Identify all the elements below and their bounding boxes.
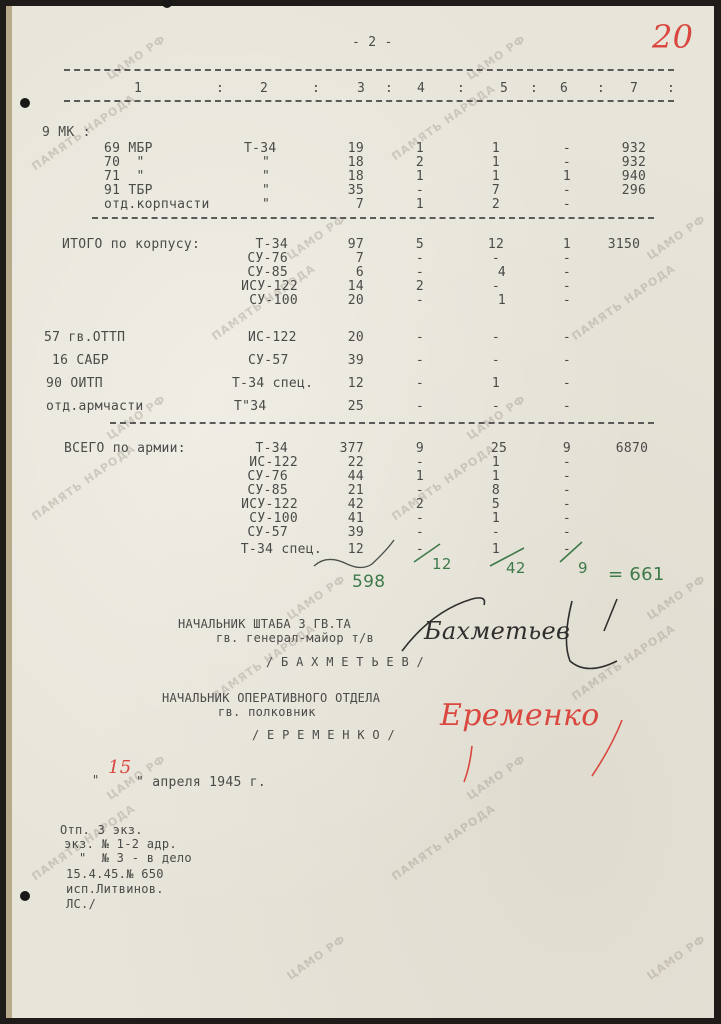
- vehicle-type: СУ-100: [212, 294, 298, 307]
- unit-name: 57 гв.ОТТП: [44, 331, 125, 344]
- vehicle-type: Т-34 спец.: [232, 377, 313, 390]
- column-header: 7: [630, 82, 638, 95]
- footer-note: ЛС./: [66, 898, 96, 911]
- unit-name: 69 МБР: [104, 142, 153, 155]
- vehicle-type: СУ-100: [212, 512, 298, 525]
- cell-col4: -: [410, 512, 430, 525]
- cell-col6: -: [557, 280, 577, 293]
- vehicle-type: СУ-57: [248, 354, 289, 367]
- unit-name: 16 САБР: [52, 354, 109, 367]
- cell-col3: 18: [332, 170, 364, 183]
- cell-col3: 22: [332, 456, 364, 469]
- cell-col6: -: [557, 400, 577, 413]
- watermark: ЦАМО РФ: [644, 212, 708, 262]
- page-number: - 2 -: [352, 36, 393, 49]
- cell-col5: -: [486, 354, 506, 367]
- cell-col4: 1: [410, 170, 430, 183]
- cell-col4: 1: [410, 470, 430, 483]
- cell-col4: -: [410, 354, 430, 367]
- watermark: ПАМЯТЬ НАРОДА: [389, 442, 497, 523]
- vehicle-type: СУ-76: [212, 470, 288, 483]
- watermark: ЦАМО РФ: [284, 932, 348, 982]
- unit-name: 70 ": [104, 156, 145, 169]
- vehicle-type: Т"34: [234, 400, 267, 413]
- cell-col6: -: [557, 456, 577, 469]
- column-separator: :: [597, 82, 605, 95]
- vehicle-type: Т-34: [244, 142, 277, 155]
- cell-col6: -: [557, 156, 577, 169]
- cell-col3: 7: [332, 252, 364, 265]
- cell-col7: 932: [617, 156, 651, 169]
- cell-col4: -: [410, 266, 430, 279]
- unit-name: отд.корпчасти: [104, 198, 210, 211]
- cell-col6: -: [557, 354, 577, 367]
- column-separator: :: [457, 82, 465, 95]
- cell-col6: -: [557, 331, 577, 344]
- cell-col5: 1: [486, 456, 506, 469]
- sheet-number-handwritten: 20: [652, 20, 693, 54]
- cell-col6: -: [557, 484, 577, 497]
- watermark: ПАМЯТЬ НАРОДА: [569, 262, 677, 343]
- vehicle-type: ": [262, 156, 270, 169]
- cell-col3: 14: [332, 280, 364, 293]
- footer-note: экз. № 1-2 адр.: [64, 838, 177, 851]
- unit-name: 90 ОИТП: [46, 377, 103, 390]
- cell-col3: 6: [332, 266, 364, 279]
- watermark: ПАМЯТЬ НАРОДА: [389, 802, 497, 883]
- cell-col6: -: [557, 142, 577, 155]
- cell-col6: -: [557, 498, 577, 511]
- cell-col3: 18: [332, 156, 364, 169]
- punch-hole: [20, 98, 30, 108]
- cell-col4: -: [410, 294, 430, 307]
- handwritten-sum-col5: 42: [506, 562, 526, 575]
- cell-col3: 20: [332, 331, 364, 344]
- cell-col5: -: [486, 331, 506, 344]
- cell-col4: -: [410, 484, 430, 497]
- vehicle-type: ": [262, 184, 270, 197]
- cell-col7: 932: [617, 142, 651, 155]
- date-day-handwritten: 15: [108, 758, 132, 778]
- vehicle-type: СУ-85: [212, 484, 288, 497]
- cell-col7: 3150: [602, 238, 646, 251]
- total-army-label: ВСЕГО по армии:: [64, 442, 186, 455]
- cell-col5: 1: [486, 156, 506, 169]
- cell-col5: 1: [486, 470, 506, 483]
- cell-col7: 296: [617, 184, 651, 197]
- vehicle-type: СУ-76: [212, 252, 288, 265]
- punch-hole: [20, 891, 30, 901]
- unit-name: 91 ТБР: [104, 184, 153, 197]
- cell-col5: -: [486, 252, 506, 265]
- signature-bakhmetyev: Бахметьев: [424, 618, 570, 644]
- cell-col6: -: [557, 377, 577, 390]
- vehicle-type: Т-34: [212, 442, 288, 455]
- watermark: ЦАМО РФ: [644, 932, 708, 982]
- cell-col3: 41: [332, 512, 364, 525]
- cell-col3: 42: [332, 498, 364, 511]
- vehicle-type: ИС-122: [248, 331, 297, 344]
- cell-col6: -: [557, 470, 577, 483]
- chief-operations-name: / Е Р Е М Е Н К О /: [252, 729, 395, 742]
- cell-col3: 21: [332, 484, 364, 497]
- cell-col4: 2: [410, 280, 430, 293]
- column-separator: :: [530, 82, 538, 95]
- column-header: 2: [260, 82, 268, 95]
- chief-of-staff-title: НАЧАЛЬНИК ШТАБА 3 ГВ.ТА: [178, 618, 351, 631]
- handwritten-sum-strokes: [302, 536, 622, 596]
- cell-col5: 1: [492, 294, 512, 307]
- cell-col5: 1: [486, 377, 506, 390]
- cell-col5: 25: [486, 442, 512, 455]
- column-header: 5: [500, 82, 508, 95]
- column-header: 1: [134, 82, 142, 95]
- cell-col3: 25: [332, 400, 364, 413]
- cell-col5: 4: [492, 266, 512, 279]
- cell-col4: 2: [410, 498, 430, 511]
- cell-col6: -: [557, 184, 577, 197]
- vehicle-type: ": [262, 198, 270, 211]
- vehicle-type: ": [262, 170, 270, 183]
- unit-name: отд.армчасти: [46, 400, 144, 413]
- signature-eremenko-tail: [442, 706, 642, 786]
- cell-col5: 12: [486, 238, 506, 251]
- cell-col5: 2: [486, 198, 506, 211]
- cell-col6: -: [557, 198, 577, 211]
- cell-col5: 5: [486, 498, 506, 511]
- unit-name: 71 ": [104, 170, 145, 183]
- cell-col4: 5: [410, 238, 430, 251]
- vehicle-type: СУ-57: [212, 526, 288, 539]
- cell-col4: 1: [410, 198, 430, 211]
- handwritten-grand-total: = 661: [608, 568, 665, 581]
- column-header: 3: [357, 82, 365, 95]
- date-quote: ": [92, 774, 100, 787]
- section-title: 9 МК :: [42, 126, 91, 139]
- cell-col4: -: [410, 252, 430, 265]
- cell-col4: -: [410, 377, 430, 390]
- column-separator: :: [216, 82, 224, 95]
- cell-col5: 1: [486, 512, 506, 525]
- cell-col4: -: [410, 400, 430, 413]
- handwritten-sum-col4: 12: [432, 558, 452, 571]
- vehicle-type: ИСУ-122: [212, 498, 298, 511]
- cell-col3: 35: [332, 184, 364, 197]
- punch-hole: [162, 0, 172, 8]
- cell-col6: -: [557, 252, 577, 265]
- cell-col6: -: [557, 294, 577, 307]
- cell-col7: 6870: [610, 442, 654, 455]
- column-separator: :: [312, 82, 320, 95]
- cell-col6: -: [557, 512, 577, 525]
- cell-col3: 20: [332, 294, 364, 307]
- cell-col5: 1: [486, 170, 506, 183]
- chief-operations-title: НАЧАЛЬНИК ОПЕРАТИВНОГО ОТДЕЛА: [162, 692, 380, 705]
- vehicle-type: Т-34: [212, 238, 288, 251]
- vehicle-type: ИСУ-122: [212, 280, 298, 293]
- watermark: ПАМЯТЬ НАРОДА: [389, 82, 497, 163]
- handwritten-sum-col3: 598: [352, 576, 385, 589]
- cell-col6: 9: [557, 442, 577, 455]
- column-separator: :: [667, 82, 675, 95]
- cell-col4: -: [410, 331, 430, 344]
- watermark: ЦАМО РФ: [104, 32, 168, 82]
- column-header: 6: [560, 82, 568, 95]
- cell-col6: 1: [557, 170, 577, 183]
- watermark: ЦАМО РФ: [464, 32, 528, 82]
- cell-col7: 940: [617, 170, 651, 183]
- cell-col4: 9: [410, 442, 430, 455]
- cell-col3: 44: [332, 470, 364, 483]
- cell-col4: 1: [410, 142, 430, 155]
- footer-note: " № 3 - в дело: [64, 852, 192, 865]
- section-rule: [92, 217, 654, 219]
- cell-col3: 7: [332, 198, 364, 211]
- table-top-rule: [64, 69, 674, 71]
- cell-col5: 7: [486, 184, 506, 197]
- cell-col4: -: [410, 456, 430, 469]
- cell-col6: 1: [557, 238, 577, 251]
- vehicle-type: ИС-122: [212, 456, 298, 469]
- cell-col5: -: [486, 280, 506, 293]
- cell-col3: 97: [332, 238, 364, 251]
- chief-operations-rank: гв. полковник: [218, 706, 316, 719]
- handwritten-sum-col6: 9: [578, 562, 588, 575]
- cell-col3: 377: [332, 442, 364, 455]
- column-header: 4: [417, 82, 425, 95]
- table-header-rule: [64, 100, 674, 102]
- cell-col3: 39: [332, 354, 364, 367]
- cell-col4: 2: [410, 156, 430, 169]
- cell-col3: 12: [332, 377, 364, 390]
- date-text: " апреля 1945 г.: [136, 776, 266, 789]
- cell-col3: 19: [332, 142, 364, 155]
- cell-col5: -: [486, 400, 506, 413]
- total-corps-label: ИТОГО по корпусу:: [62, 238, 200, 251]
- chief-of-staff-rank: гв. генерал-майор т/в: [216, 632, 374, 645]
- cell-col6: -: [557, 266, 577, 279]
- section-rule: [110, 422, 654, 424]
- footer-note: Отп. 3 экз.: [60, 824, 143, 837]
- footer-note: 15.4.45.№ 650: [66, 868, 164, 881]
- document-page: ЦАМО РФ ЦАМО РФ ЦАМО РФ ЦАМО РФ ЦАМО РФ …: [6, 6, 714, 1018]
- cell-col5: 1: [486, 142, 506, 155]
- column-separator: :: [385, 82, 393, 95]
- vehicle-type: СУ-85: [212, 266, 288, 279]
- footer-note: исп.Литвинов.: [66, 883, 164, 896]
- cell-col5: 8: [486, 484, 506, 497]
- cell-col4: -: [410, 184, 430, 197]
